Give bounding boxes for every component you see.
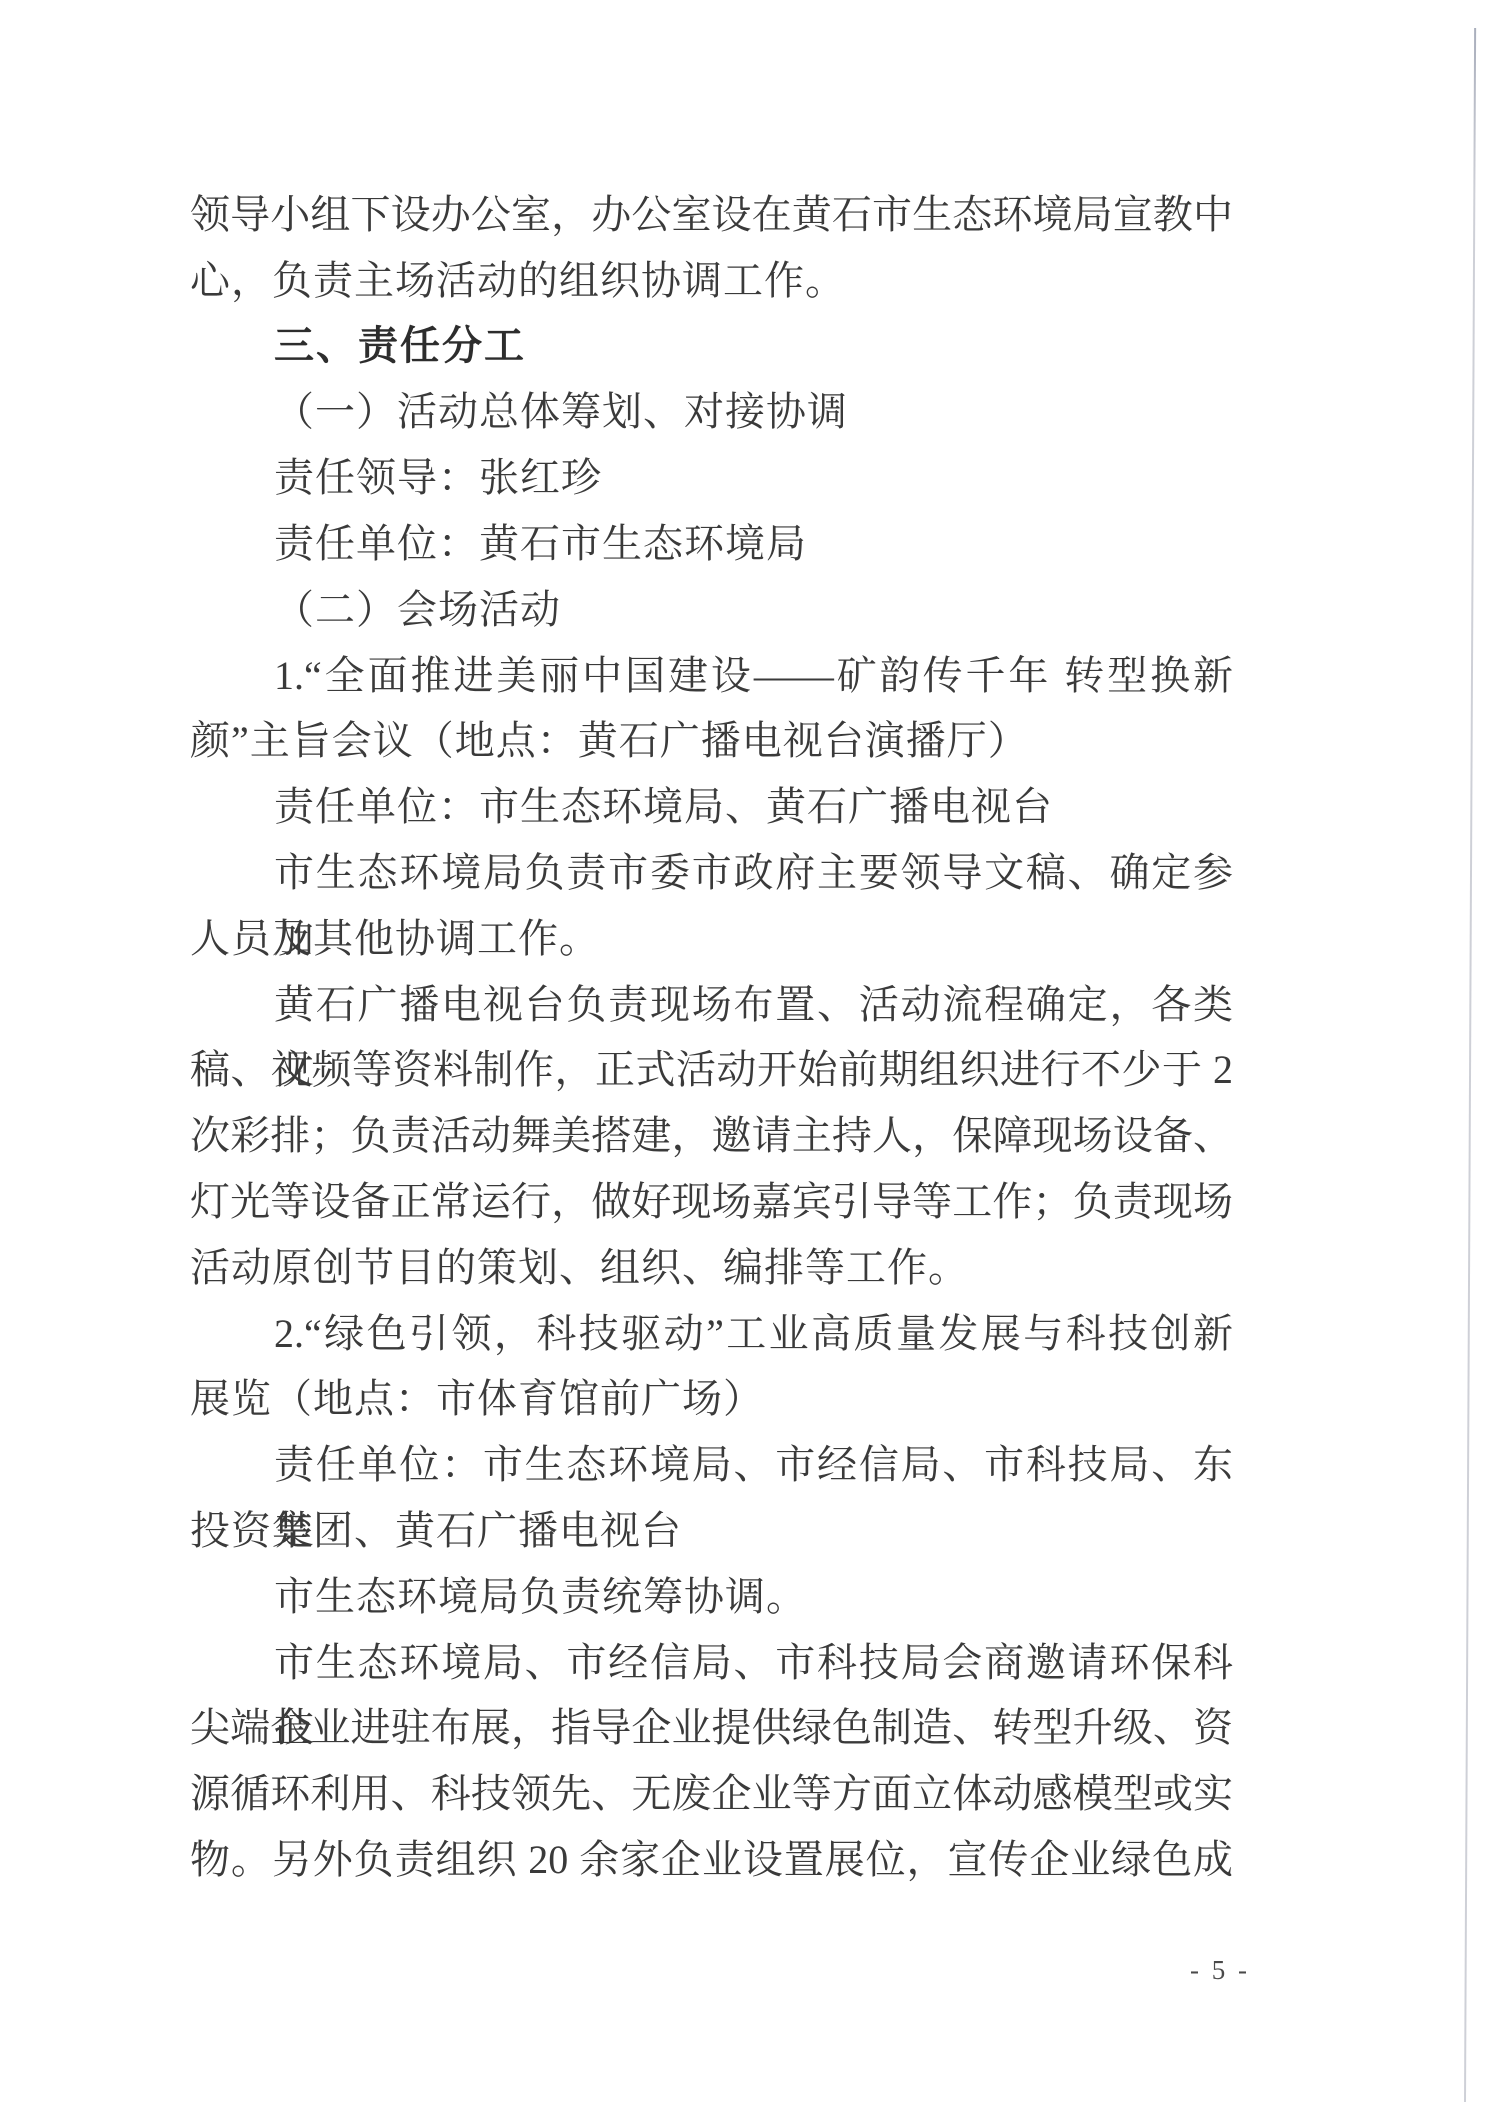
document-body: 领导小组下设办公室，办公室设在黄石市生态环境局宣教中心，负责主场活动的组织协调工… (190, 182, 1233, 1893)
document-line: 人员及其他协调工作。 (190, 906, 1233, 972)
document-line: 2.“绿色引领，科技驱动”工业高质量发展与科技创新 (190, 1301, 1233, 1367)
document-line: 活动原创节目的策划、组织、编排等工作。 (190, 1235, 1233, 1301)
document-line: 灯光等设备正常运行，做好现场嘉宾引导等工作；负责现场 (190, 1169, 1233, 1235)
section-heading: 三、责任分工 (190, 314, 1233, 380)
document-line: （二）会场活动 (190, 577, 1233, 643)
scan-edge-artifact (1464, 28, 1476, 2102)
document-line: 物。另外负责组织 20 余家企业设置展位，宣传企业绿色成 (190, 1827, 1233, 1893)
document-line: 心，负责主场活动的组织协调工作。 (190, 248, 1233, 314)
document-line: 市生态环境局负责市委市政府主要领导文稿、确定参加 (190, 840, 1233, 906)
document-line: （一）活动总体筹划、对接协调 (190, 379, 1233, 445)
document-line: 责任单位：市生态环境局、市经信局、市科技局、东楚 (190, 1432, 1233, 1498)
document-line: 市生态环境局、市经信局、市科技局会商邀请环保科技 (190, 1630, 1233, 1696)
document-line: 投资集团、黄石广播电视台 (190, 1498, 1233, 1564)
document-line: 市生态环境局负责统筹协调。 (190, 1564, 1233, 1630)
document-line: 责任单位：黄石市生态环境局 (190, 511, 1233, 577)
document-line: 颜”主旨会议（地点：黄石广播电视台演播厅） (190, 708, 1233, 774)
document-line: 领导小组下设办公室，办公室设在黄石市生态环境局宣教中 (190, 182, 1233, 248)
document-line: 黄石广播电视台负责现场布置、活动流程确定，各类文 (190, 972, 1233, 1038)
document-line: 稿、视频等资料制作，正式活动开始前期组织进行不少于 2 (190, 1037, 1233, 1103)
document-line: 责任领导：张红珍 (190, 445, 1233, 511)
document-line: 1.“全面推进美丽中国建设——矿韵传千年 转型换新 (190, 643, 1233, 709)
document-line: 源循环利用、科技领先、无废企业等方面立体动感模型或实 (190, 1761, 1233, 1827)
document-line: 责任单位：市生态环境局、黄石广播电视台 (190, 774, 1233, 840)
page-number: - 5 - (1160, 1955, 1280, 1986)
document-page: 领导小组下设办公室，办公室设在黄石市生态环境局宣教中心，负责主场活动的组织协调工… (0, 0, 1487, 2102)
document-line: 次彩排；负责活动舞美搭建，邀请主持人，保障现场设备、 (190, 1103, 1233, 1169)
document-line: 尖端企业进驻布展，指导企业提供绿色制造、转型升级、资 (190, 1695, 1233, 1761)
document-line: 展览（地点：市体育馆前广场） (190, 1366, 1233, 1432)
